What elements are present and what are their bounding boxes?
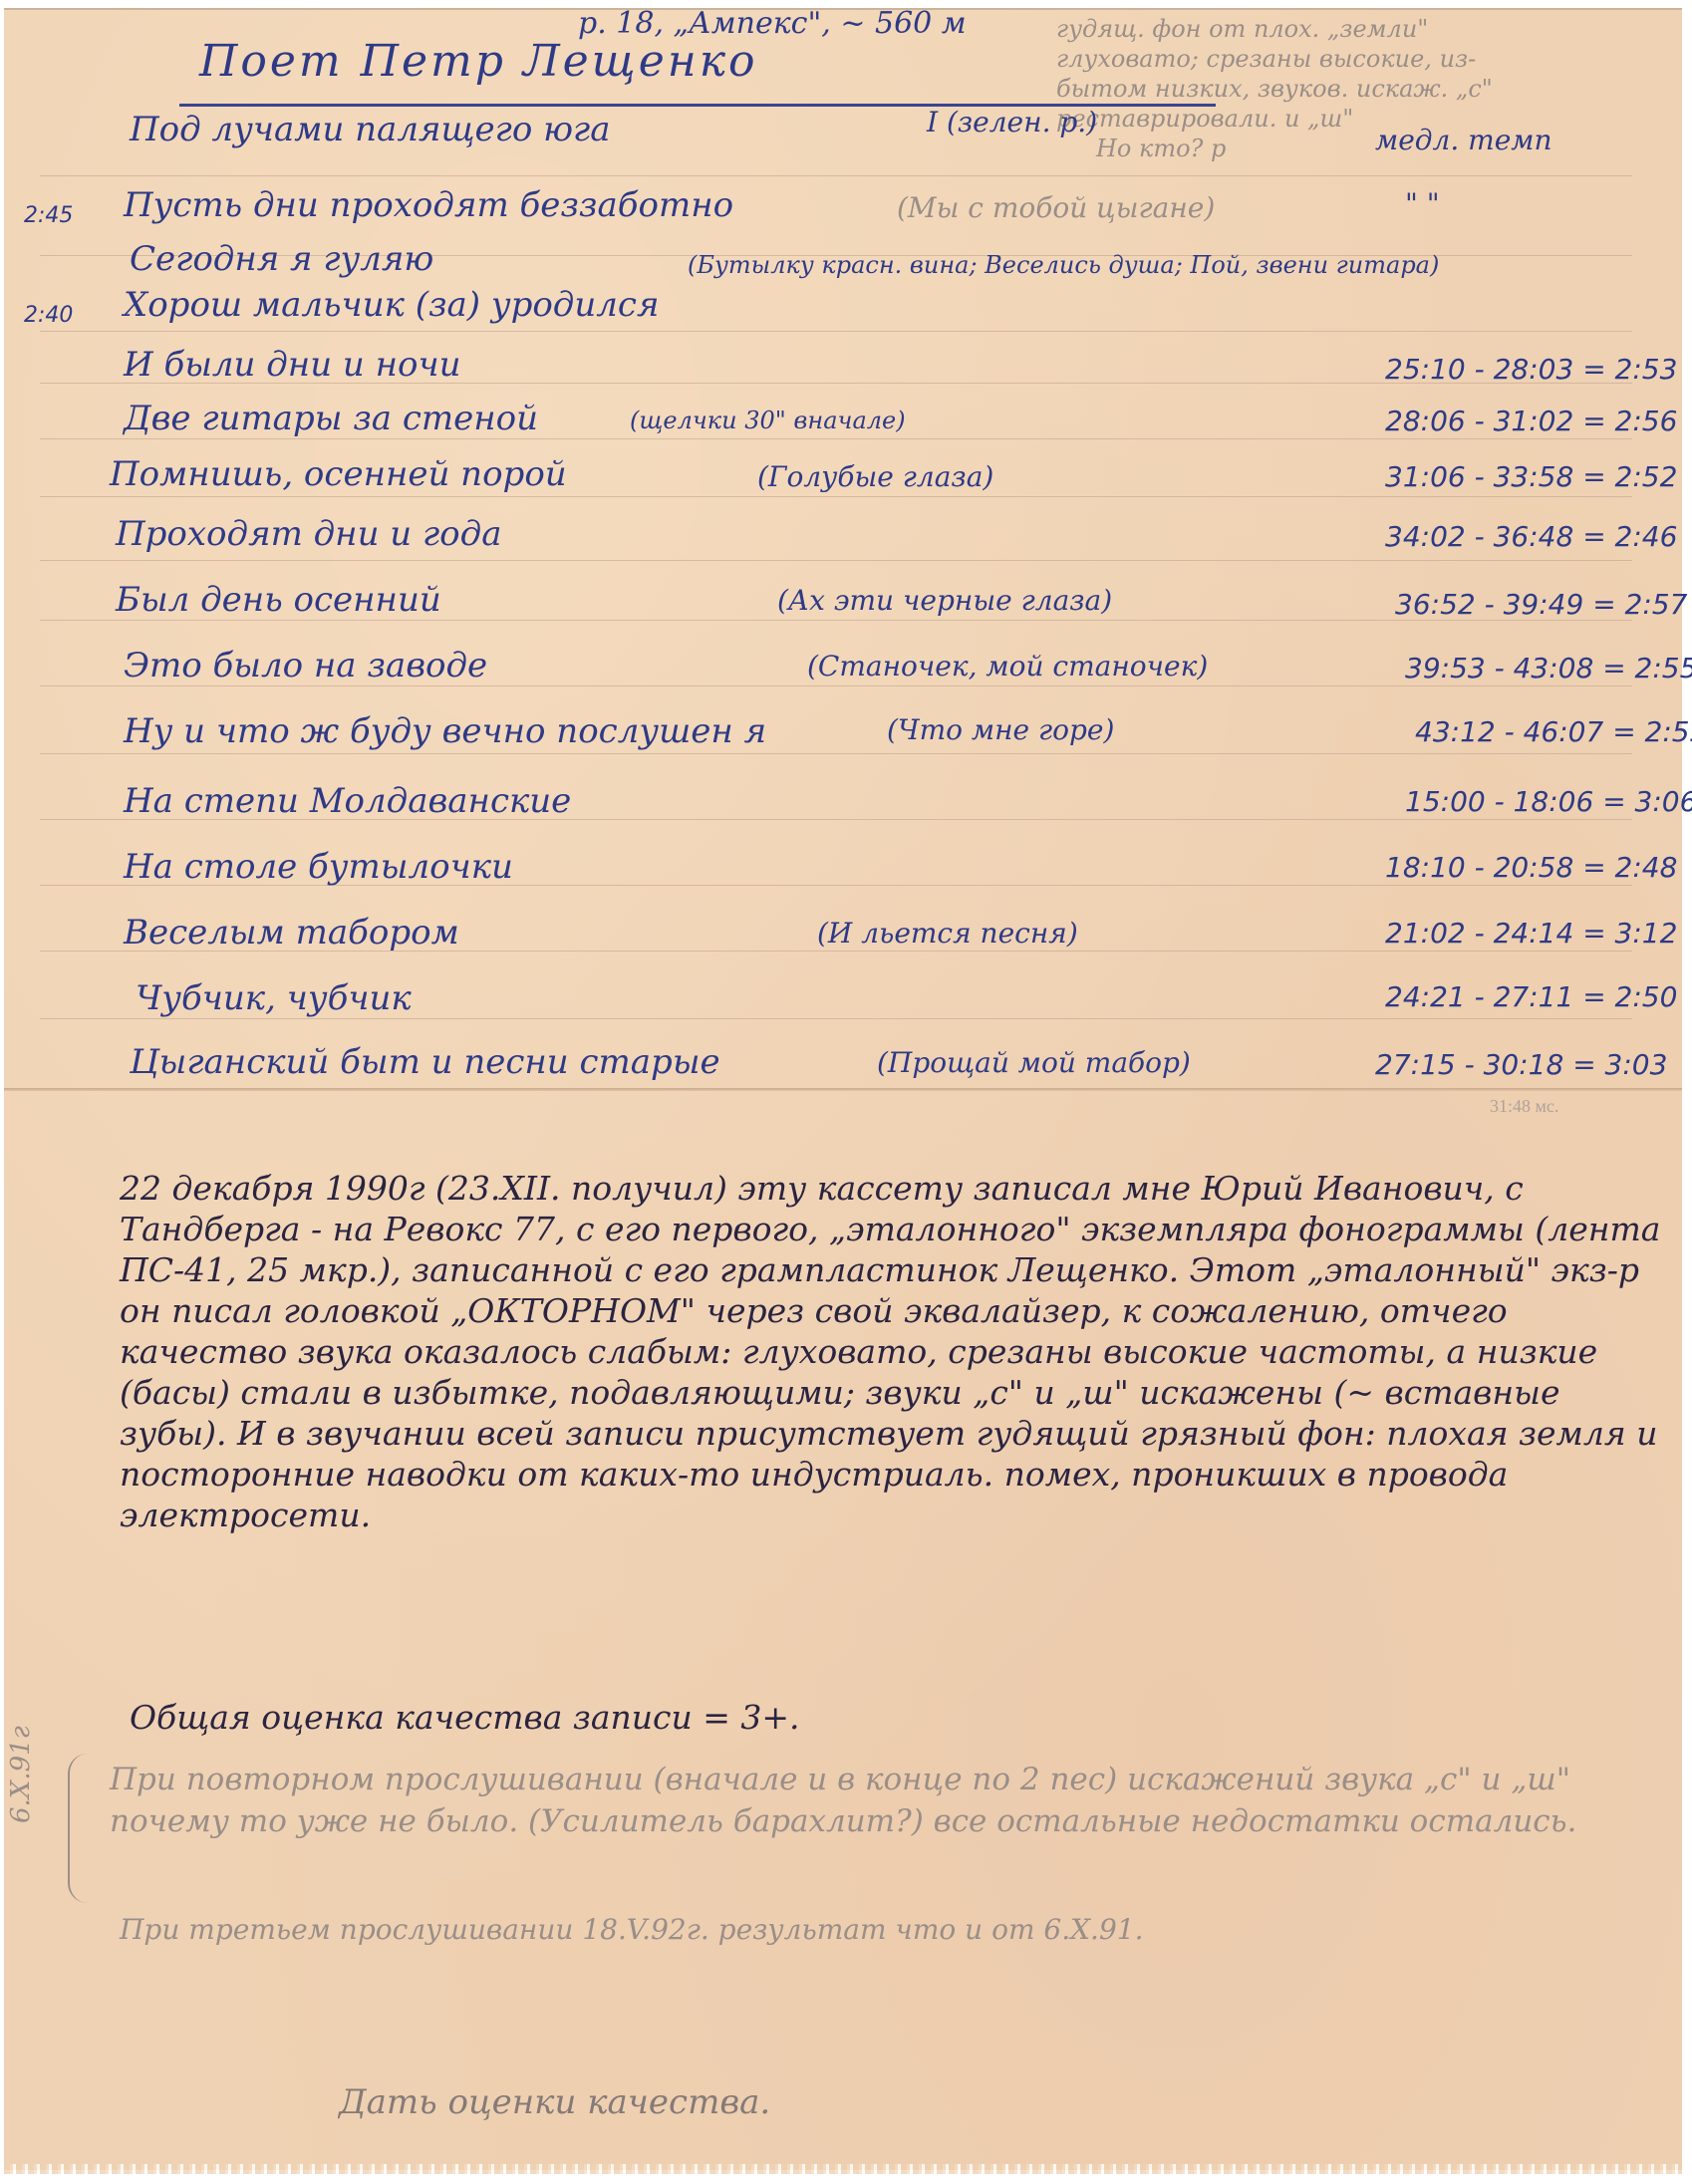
track-title: Сегодня я гуляю: [130, 239, 433, 279]
track-time-range: 27:15 - 30:18 = 3:03: [1375, 1048, 1667, 1081]
track-title: Пусть дни проходят беззаботно: [124, 185, 733, 225]
track-title: Проходят дни и года: [116, 514, 501, 554]
track-time-range: 43:12 - 46:07 = 2:55: [1415, 715, 1692, 748]
track-alt-title: (Ах эти черные глаза): [777, 584, 1112, 617]
track-title: Помнишь, осенней порой: [110, 454, 567, 494]
ruled-line: [40, 560, 1632, 561]
ditto-marks: " ": [1405, 187, 1440, 220]
track-title: Веселым табором: [124, 913, 459, 953]
torn-bottom-edge: [4, 2164, 1682, 2174]
recording-notes: 22 декабря 1990г (23.XII. получил) эту к…: [120, 1168, 1674, 1535]
quality-rating: Общая оценка качества записи = 3+.: [130, 1698, 800, 1737]
track-title: И были дни и ночи: [124, 345, 461, 385]
track-alt-title: (Прощай мой табор): [877, 1046, 1191, 1079]
track-title: На столе бутылочки: [124, 847, 513, 887]
tempo-note: медл. темп: [1375, 124, 1552, 156]
track-title: Под лучами палящего юга: [130, 110, 611, 149]
ruled-line: [40, 496, 1632, 497]
track-side-time: 2:45: [24, 203, 73, 228]
track-time-range: 31:06 - 33:58 = 2:52: [1385, 460, 1677, 493]
track-title: На степи Молдаванские: [124, 781, 571, 821]
track-time-range: 15:00 - 18:06 = 3:06: [1405, 785, 1692, 818]
track-alt-title: (И льется песня): [817, 917, 1078, 950]
track-time-range: 18:10 - 20:58 = 2:48: [1385, 851, 1677, 884]
track-title: Цыганский быт и песни старые: [130, 1042, 720, 1082]
track-time-range: 39:53 - 43:08 = 2:55: [1405, 652, 1692, 684]
track-title: Хорош мальчик (за) уродился: [124, 285, 659, 325]
ruled-line: [40, 620, 1632, 621]
ruled-line: [40, 1018, 1632, 1019]
track-time-range: 34:02 - 36:48 = 2:46: [1385, 520, 1677, 553]
track-title: Чубчик, чубчик: [136, 978, 412, 1018]
track-time-range: 25:10 - 28:03 = 2:53: [1385, 353, 1677, 386]
track-title: Был день осенний: [116, 580, 441, 620]
second-listen-note: При повторном прослушивании (вначале и в…: [110, 1759, 1664, 1842]
faint-total-time: 31:48 мс.: [1490, 1096, 1558, 1117]
ruled-line: [40, 331, 1632, 332]
bottom-pencil-note: Дать оценки качества.: [339, 2082, 770, 2122]
page-title: Поет Петр Лещенко: [199, 36, 757, 87]
track-side-time: 2:40: [24, 303, 73, 328]
side-label: I (зелен. р.): [927, 106, 1097, 138]
ruled-line: [40, 685, 1632, 686]
ruled-line: [40, 438, 1632, 439]
track-title: Это было на заводе: [124, 646, 487, 685]
ruled-line: [40, 753, 1632, 754]
track-alt-title: (Голубые глаза): [757, 460, 993, 493]
track-time-range: 36:52 - 39:49 = 2:57: [1395, 588, 1687, 621]
track-time-range: 28:06 - 31:02 = 2:56: [1385, 405, 1677, 437]
track-time-range: 24:21 - 27:11 = 2:50: [1385, 980, 1677, 1013]
track-title: Две гитары за стеной: [124, 399, 538, 438]
track-title: Ну и что ж буду вечно послушен я: [124, 711, 766, 751]
pencil-brace: [68, 1754, 90, 1903]
track-alt-title: (Что мне горе): [887, 713, 1114, 746]
paper-fold: [4, 1088, 1682, 1091]
track-alt-title: (Станочек, мой станочек): [807, 650, 1208, 682]
ruled-line: [40, 175, 1632, 176]
third-listen-note: При третьем прослушивании 18.V.92г. резу…: [120, 1913, 1143, 1946]
track-alt-title: (щелчки 30" вначале): [630, 407, 906, 434]
track-time-range: 21:02 - 24:14 = 3:12: [1385, 917, 1677, 950]
track-alt-title: (Мы с тобой цыгане): [897, 191, 1215, 224]
track-alt-title: (Бутылку красн. вина; Веселись душа; Пой…: [688, 251, 1439, 279]
second-listen-date: 6.X.91г: [6, 1726, 36, 1823]
